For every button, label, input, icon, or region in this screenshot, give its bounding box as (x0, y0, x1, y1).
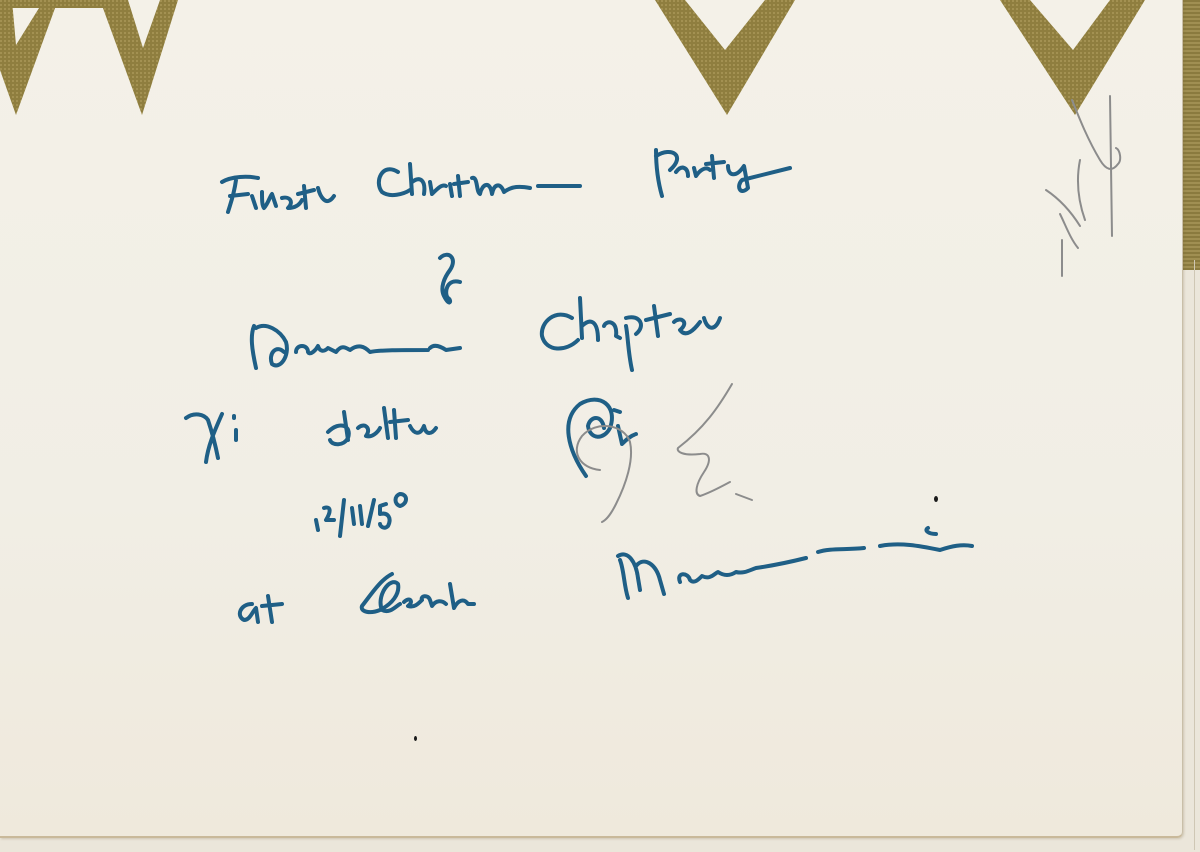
card: First Christmas Party of Gamma Chapter X… (0, 0, 1183, 838)
ink-speck (414, 736, 417, 741)
handwriting-strokes (0, 0, 1200, 852)
ink-speck (934, 496, 938, 502)
